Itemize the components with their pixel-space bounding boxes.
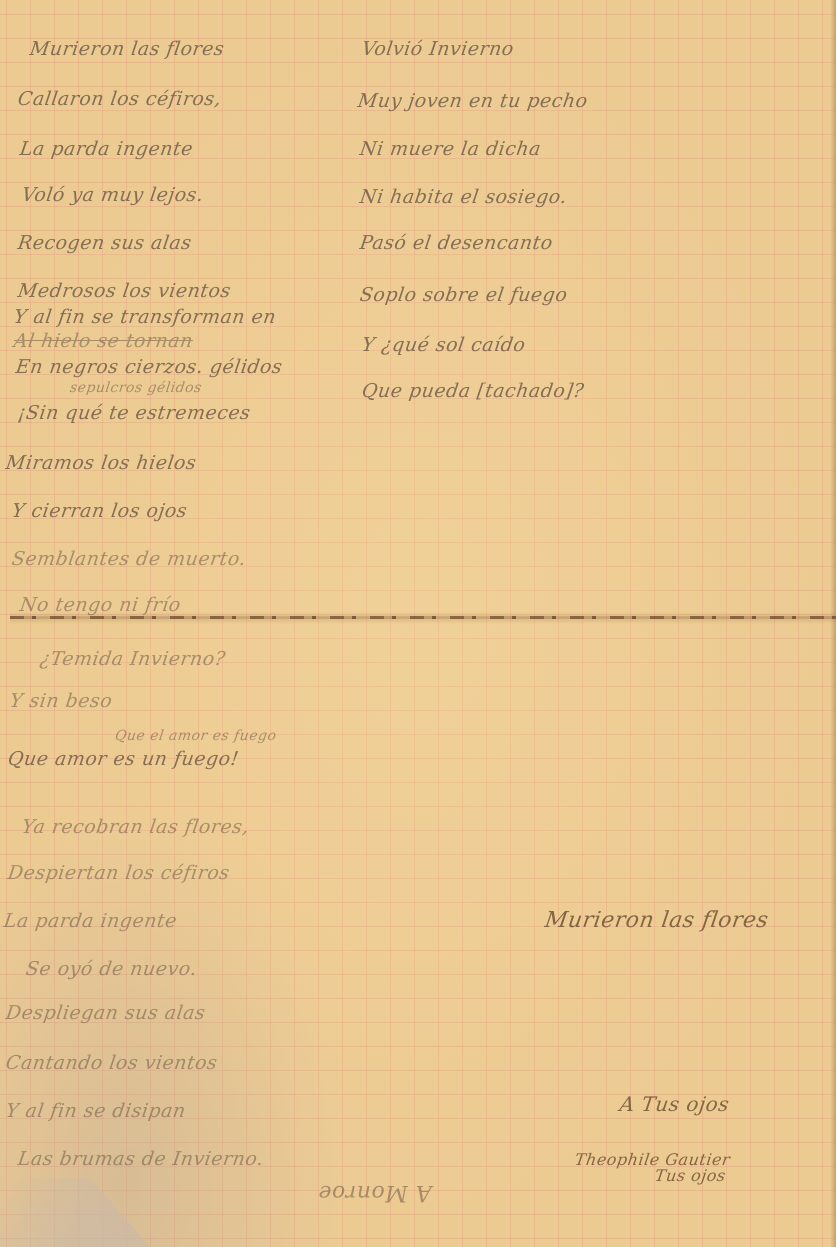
verse-line: Volvió Invierno	[360, 38, 515, 60]
verse-line: Se oyó de nuevo.	[24, 958, 198, 980]
verse-line: Miramos los hielos	[4, 452, 197, 474]
verse-line: Medrosos los vientos	[16, 280, 232, 302]
verse-line: Ni muere la dicha	[358, 138, 542, 160]
verse-line: Y al fin se disipan	[4, 1100, 187, 1122]
verse-line: Recogen sus alas	[16, 232, 193, 254]
verse-line: En negros cierzos. gélidos	[14, 356, 283, 378]
verse-line: Soplo sobre el fuego	[358, 284, 568, 306]
inverted-note: A Monroe	[318, 1180, 432, 1205]
verse-line: Despiertan los céfiros	[6, 862, 231, 884]
manuscript-page: Murieron las flores Callaron los céfiros…	[0, 0, 836, 1247]
page-fold-crease	[10, 616, 836, 619]
correction-line: Que el amor es fuego	[114, 728, 278, 744]
verse-line: Callaron los céfiros,	[16, 88, 222, 110]
verse-line: Que amor es un fuego!	[6, 748, 240, 770]
struck-line: Al hielo se tornan	[12, 330, 194, 352]
verse-line: La parda ingente	[18, 138, 194, 160]
verse-line: Semblantes de muerto.	[10, 548, 247, 570]
verse-line: Voló ya muy lejos.	[20, 184, 205, 206]
dedication: A Tus ojos	[618, 1092, 731, 1116]
verse-line: Que pueda [tachado]?	[360, 380, 585, 402]
verse-line: ¡Sin qué te estremeces	[16, 402, 252, 424]
signature-sub: Tus ojos	[654, 1166, 727, 1185]
verse-line: La parda ingente	[2, 910, 178, 932]
correction-line: sepulcros gélidos	[69, 380, 203, 396]
verse-line: Muy joven en tu pecho	[356, 90, 589, 112]
page-edge	[830, 0, 836, 1247]
verse-line: Murieron las flores	[28, 38, 225, 60]
poem-title: Murieron las flores	[543, 908, 770, 933]
verse-line: Ya recobran las flores,	[20, 816, 250, 838]
verse-line: Pasó el desencanto	[358, 232, 554, 254]
verse-line: No tengo ni frío	[18, 594, 182, 616]
verse-line: Las brumas de Invierno.	[16, 1148, 265, 1170]
worn-corner	[0, 1178, 150, 1247]
verse-line: Despliegan sus alas	[4, 1002, 206, 1024]
verse-line: Y al fin se transforman en	[12, 306, 277, 328]
verse-line: ¿Temida Invierno?	[38, 648, 227, 670]
verse-line: Cantando los vientos	[4, 1052, 218, 1074]
verse-line: Y cierran los ojos	[10, 500, 188, 522]
verse-line: Ni habita el sosiego.	[358, 186, 568, 208]
verse-line: Y sin beso	[8, 690, 113, 712]
verse-line: Y ¿qué sol caído	[360, 334, 526, 356]
